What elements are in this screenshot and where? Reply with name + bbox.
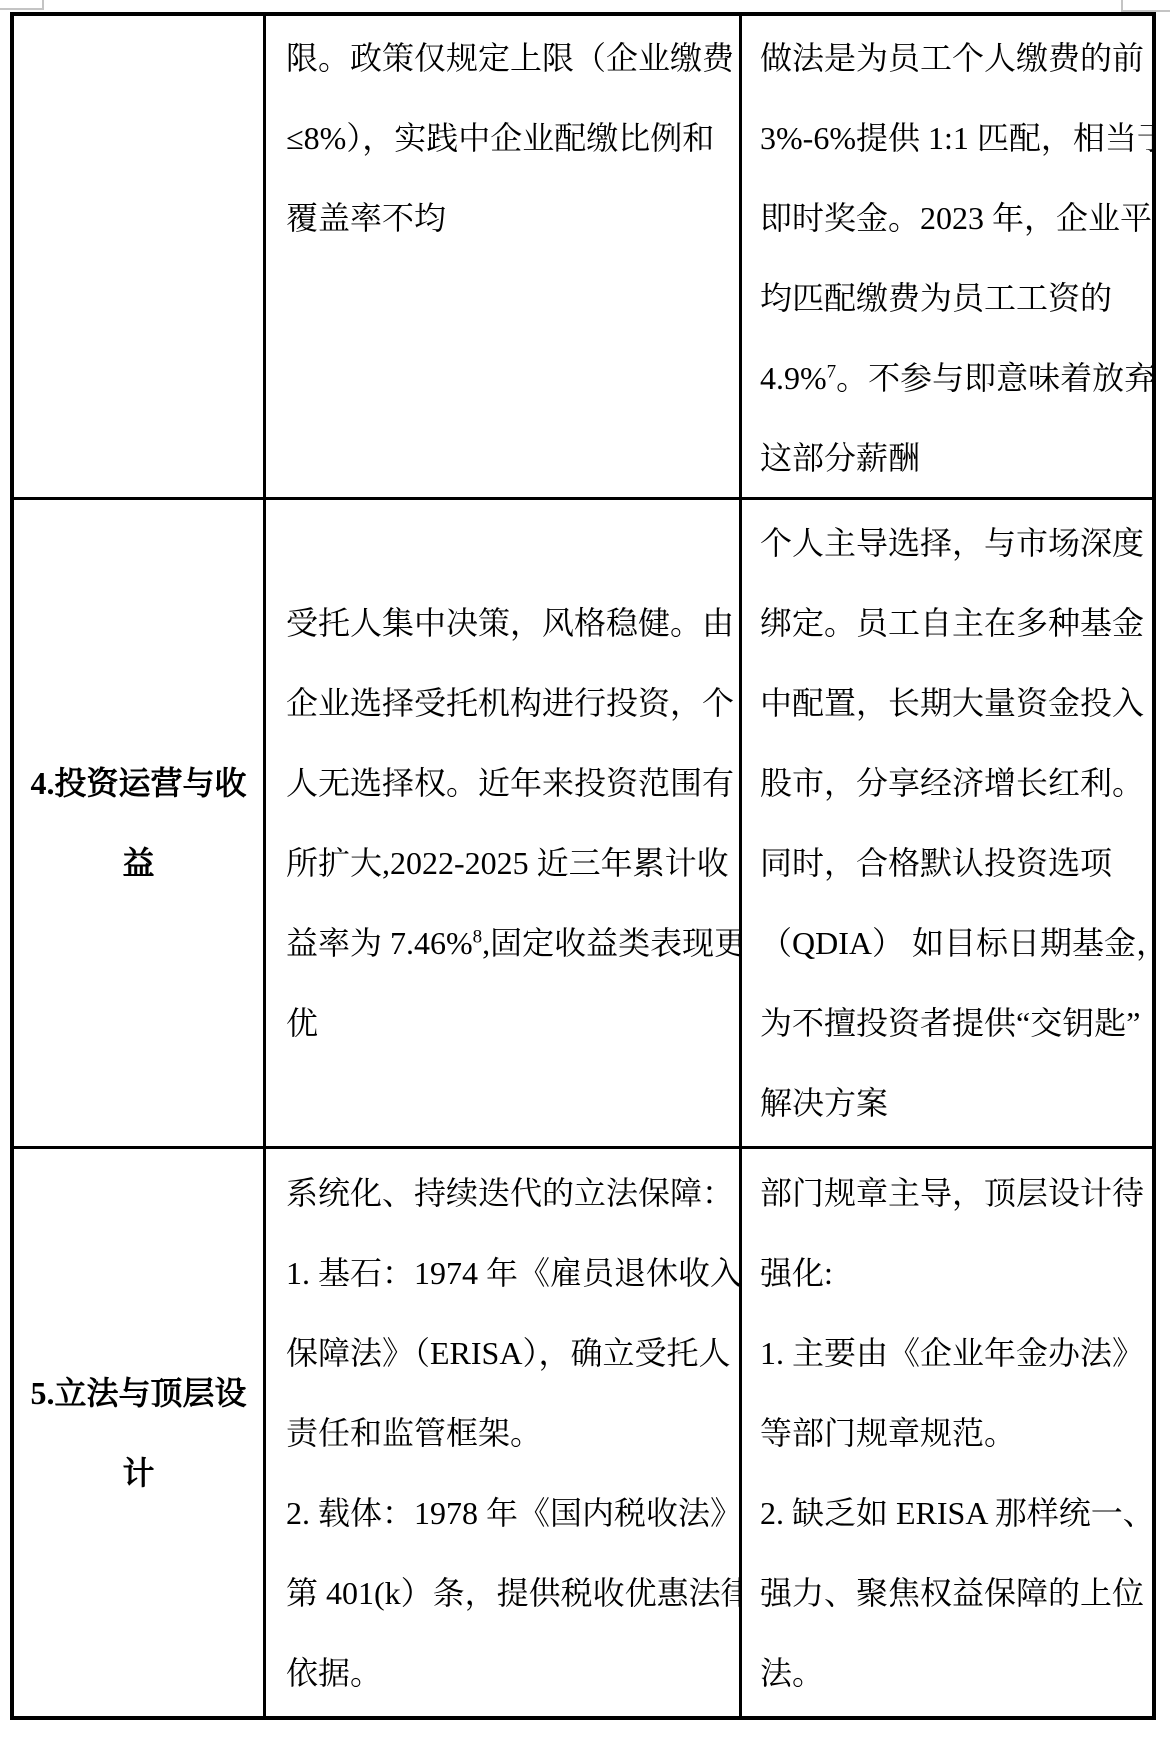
cell-us-legislation: 部门规章主导，顶层设计待强化:1. 主要由《企业年金办法》等部门规章规范。2. … [742, 1149, 1152, 1716]
table-line: 股市，分享经济增长红利。 [760, 743, 1148, 823]
text-segment: 。不参与即意味着放弃 [836, 360, 1152, 396]
table-line: 限。政策仅规定上限（企业缴费 [286, 18, 735, 98]
cell-china-investment: 受托人集中决策，风格稳健。由企业选择受托机构进行投资，个人无选择权。近年来投资范… [266, 500, 742, 1149]
table-line: 1. 基石：1974 年《雇员退休收入 [286, 1233, 735, 1313]
table-line: 所扩大,2022-2025 近三年累计收 [286, 823, 735, 903]
table-line: 企业选择受托机构进行投资，个 [286, 663, 735, 743]
table-line: 均匹配缴费为员工工资的 [760, 258, 1148, 338]
table-line: 做法是为员工个人缴费的前 [760, 18, 1148, 98]
table-line: 绑定。员工自主在多种基金 [760, 583, 1148, 663]
table-line: 3%-6%提供 1:1 匹配，相当于 [760, 98, 1148, 178]
table-line: 同时，合格默认投资选项 [760, 823, 1148, 903]
page-grid-artifact-top-left-h [0, 8, 44, 10]
table-line: 这部分薪酬 [760, 418, 1148, 498]
table-line: 系统化、持续迭代的立法保障： [286, 1153, 735, 1233]
table-line: （QDIA） 如目标日期基金， [760, 903, 1148, 983]
table-line: 第 401(k）条，提供税收优惠法律 [286, 1553, 735, 1633]
table-line: ≤8%），实践中企业配缴比例和 [286, 98, 735, 178]
comparison-table: 限。政策仅规定上限（企业缴费≤8%），实践中企业配缴比例和覆盖率不均做法是为员工… [10, 12, 1156, 1720]
table-line: 4.9%7。不参与即意味着放弃 [760, 338, 1148, 418]
footnote-superscript: 7 [827, 361, 837, 382]
cell-us-continued: 做法是为员工个人缴费的前3%-6%提供 1:1 匹配，相当于即时奖金。2023 … [742, 16, 1152, 500]
table-line: 保障法》（ERISA），确立受托人 [286, 1313, 735, 1393]
table-line: 责任和监管框架。 [286, 1393, 735, 1473]
table-line: 部门规章主导，顶层设计待 [760, 1153, 1148, 1233]
text-segment: 4.9% [760, 360, 827, 396]
table-line: 5.立法与顶层设 [30, 1353, 246, 1433]
table-line: 解决方案 [760, 1063, 1148, 1143]
page-grid-artifact-top-left-v [42, 0, 44, 10]
table-line: 益率为 7.46%8,固定收益类表现更 [286, 903, 735, 983]
table-line: 受托人集中决策，风格稳健。由 [286, 583, 735, 663]
cell-china-legislation: 系统化、持续迭代的立法保障：1. 基石：1974 年《雇员退休收入保障法》（ER… [266, 1149, 742, 1716]
table-line: 等部门规章规范。 [760, 1393, 1148, 1473]
row-label-investment: 4.投资运营与收益 [14, 500, 266, 1149]
table-line: 法。 [760, 1633, 1148, 1713]
table-line: 益 [122, 823, 154, 903]
text-segment: ,固定收益类表现更 [482, 925, 742, 961]
row-label-legislation: 5.立法与顶层设计 [14, 1149, 266, 1716]
cell-china-continued: 限。政策仅规定上限（企业缴费≤8%），实践中企业配缴比例和覆盖率不均 [266, 16, 742, 500]
table-line: 覆盖率不均 [286, 178, 735, 258]
footnote-superscript: 8 [473, 926, 483, 947]
table-line: 依据。 [286, 1633, 735, 1713]
table-line: 优 [286, 983, 735, 1063]
table-line: 强化: [760, 1233, 1148, 1313]
table-line: 人无选择权。近年来投资范围有 [286, 743, 735, 823]
table-line: 为不擅投资者提供“交钥匙” [760, 983, 1148, 1063]
table-line: 强力、聚焦权益保障的上位 [760, 1553, 1148, 1633]
table-line: 个人主导选择，与市场深度 [760, 503, 1148, 583]
row-label-continued [14, 16, 266, 500]
document-page: 限。政策仅规定上限（企业缴费≤8%），实践中企业配缴比例和覆盖率不均做法是为员工… [0, 0, 1170, 1740]
cell-us-investment: 个人主导选择，与市场深度绑定。员工自主在多种基金中配置，长期大量资金投入股市，分… [742, 500, 1152, 1149]
table-line: 1. 主要由《企业年金办法》 [760, 1313, 1148, 1393]
table-line: 计 [122, 1433, 154, 1513]
table-line: 4.投资运营与收 [30, 743, 246, 823]
table-line: 2. 缺乏如 ERISA 那样统一、 [760, 1473, 1148, 1553]
text-segment: 益率为 7.46% [286, 925, 473, 961]
table-line: 即时奖金。2023 年，企业平 [760, 178, 1148, 258]
table-line: 中配置，长期大量资金投入 [760, 663, 1148, 743]
table-line: 2. 载体：1978 年《国内税收法》 [286, 1473, 735, 1553]
